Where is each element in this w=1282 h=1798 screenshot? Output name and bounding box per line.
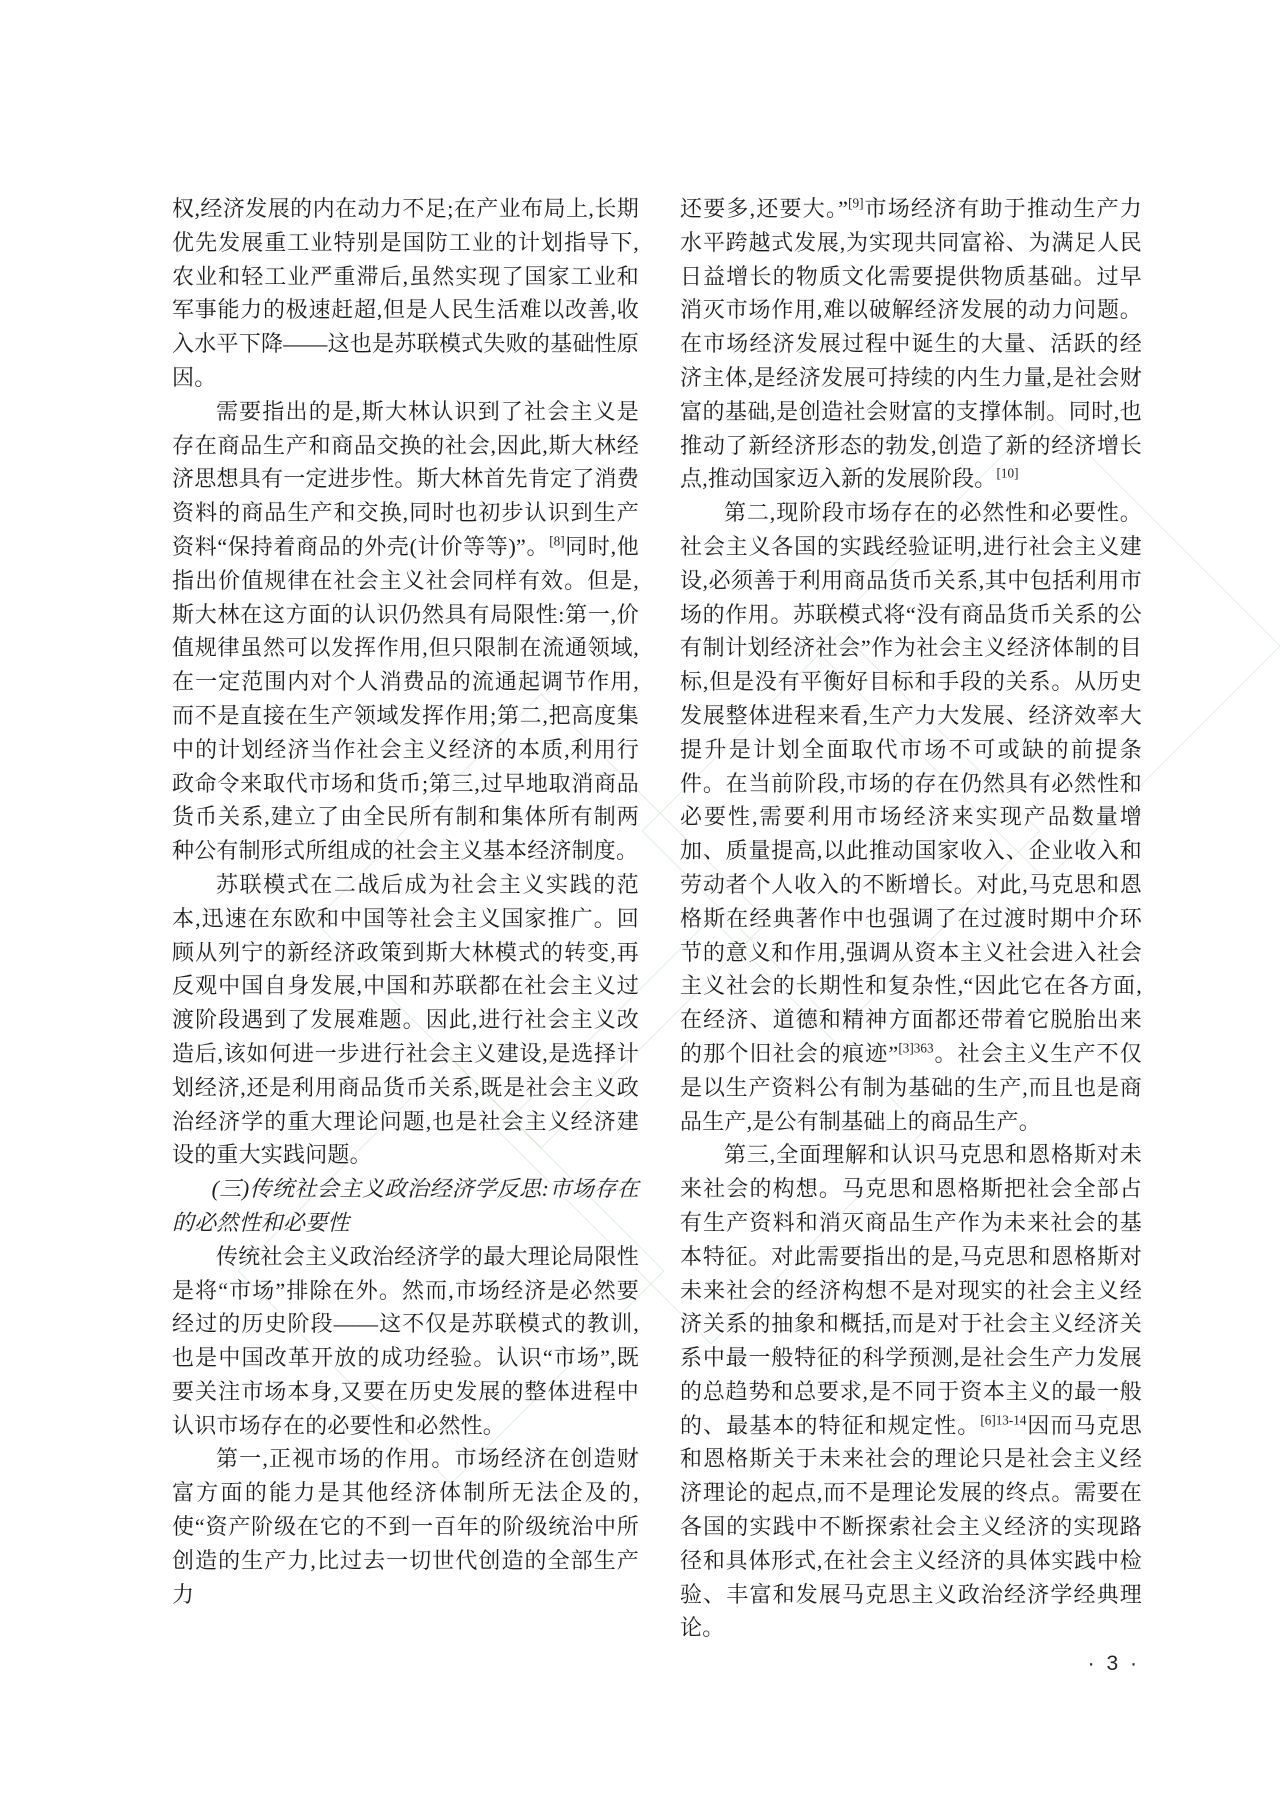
- left-column: 权,经济发展的内在动力不足;在产业布局上,长期优先发展重工业特别是国防工业的计划…: [172, 192, 639, 1611]
- document-page: 权,经济发展的内在动力不足;在产业布局上,长期优先发展重工业特别是国防工业的计划…: [0, 0, 1282, 1798]
- paragraph: 传统社会主义政治经济学的最大理论局限性是将“市场”排除在外。然而,市场经济是必然…: [172, 1240, 639, 1443]
- citation-superscript: [8]: [549, 534, 564, 549]
- paragraph: 第二,现阶段市场存在的必然性和必要性。社会主义各国的实践经验证明,进行社会主义建…: [680, 496, 1142, 1138]
- paragraph: 需要指出的是,斯大林认识到了社会主义是存在商品生产和商品交换的社会,因此,斯大林…: [172, 395, 639, 868]
- citation-superscript: [3]363: [898, 1041, 933, 1056]
- paragraph: 权,经济发展的内在动力不足;在产业布局上,长期优先发展重工业特别是国防工业的计划…: [172, 192, 639, 395]
- paragraph: 还要多,还要大。”[9]市场经济有助于推动生产力水平跨越式发展,为实现共同富裕、…: [680, 192, 1142, 496]
- paragraph: 苏联模式在二战后成为社会主义实践的范本,迅速在东欧和中国等社会主义国家推广。回顾…: [172, 868, 639, 1172]
- paragraph: 第三,全面理解和认识马克思和恩格斯对未来社会的构想。马克思和恩格斯把社会全部占有…: [680, 1138, 1142, 1645]
- page-number: · 3 ·: [1040, 1652, 1140, 1676]
- right-column: 还要多,还要大。”[9]市场经济有助于推动生产力水平跨越式发展,为实现共同富裕、…: [680, 192, 1142, 1645]
- citation-superscript: [6]13-14: [980, 1412, 1026, 1427]
- section-heading: (三)传统社会主义政治经济学反思:市场存在的必然性和必要性: [172, 1172, 639, 1240]
- paragraph: 第一,正视市场的作用。市场经济在创造财富方面的能力是其他经济体制所无法企及的,使…: [172, 1442, 639, 1611]
- citation-superscript: [9]: [848, 196, 863, 211]
- citation-superscript: [10]: [997, 466, 1019, 481]
